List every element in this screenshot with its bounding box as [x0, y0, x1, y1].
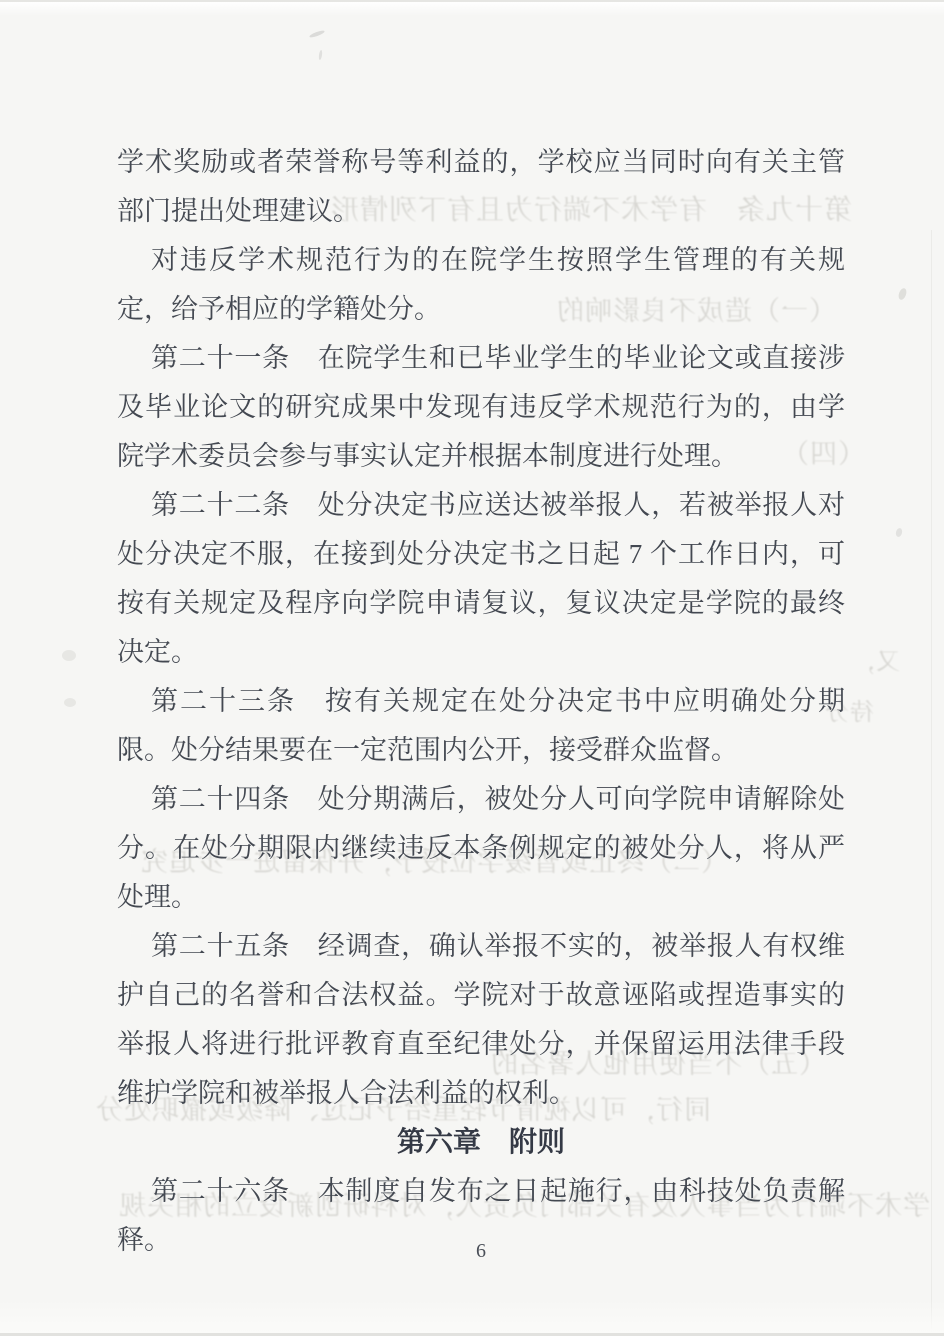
scan-speck	[64, 698, 76, 707]
page-number: 6	[117, 1240, 845, 1263]
chapter-6-heading: 第六章 附则	[117, 1118, 845, 1167]
scan-speck	[318, 50, 322, 60]
article-25: 第二十五条 经调查，确认举报不实的，被举报人有权维护自己的名誉和合法权益。学院对…	[117, 922, 845, 1118]
paragraph-student-discipline: 对违反学术规范行为的在院学生按照学生管理的有关规定，给予相应的学籍处分。	[117, 236, 845, 334]
scan-speck	[895, 527, 903, 537]
document-body: 学术奖励或者荣誉称号等利益的，学校应当同时向有关主管部门提出处理建议。 对违反学…	[117, 138, 845, 1265]
scan-speck	[309, 29, 325, 38]
article-23: 第二十三条 按有关规定在处分决定书中应明确处分期限。处分结果要在一定范围内公开，…	[117, 677, 845, 775]
scanned-document-page: 第十九条 有学术不端行为且有下列情形（一）造成不良影响的（四）又，待分（二）终止…	[0, 0, 944, 1336]
article-22: 第二十二条 处分决定书应送达被举报人，若被举报人对处分决定不服，在接到处分决定书…	[117, 481, 845, 677]
paragraph-continuation: 学术奖励或者荣誉称号等利益的，学校应当同时向有关主管部门提出处理建议。	[117, 138, 845, 236]
article-21: 第二十一条 在院学生和已毕业学生的毕业论文或直接涉及毕业论文的研究成果中发现有违…	[117, 334, 845, 481]
scan-speck	[897, 287, 908, 301]
scan-speck	[62, 650, 76, 661]
article-24: 第二十四条 处分期满后，被处分人可向学院申请解除处分。在处分期限内继续违反本条例…	[117, 775, 845, 922]
bleedthrough-text: 又，	[850, 641, 900, 676]
